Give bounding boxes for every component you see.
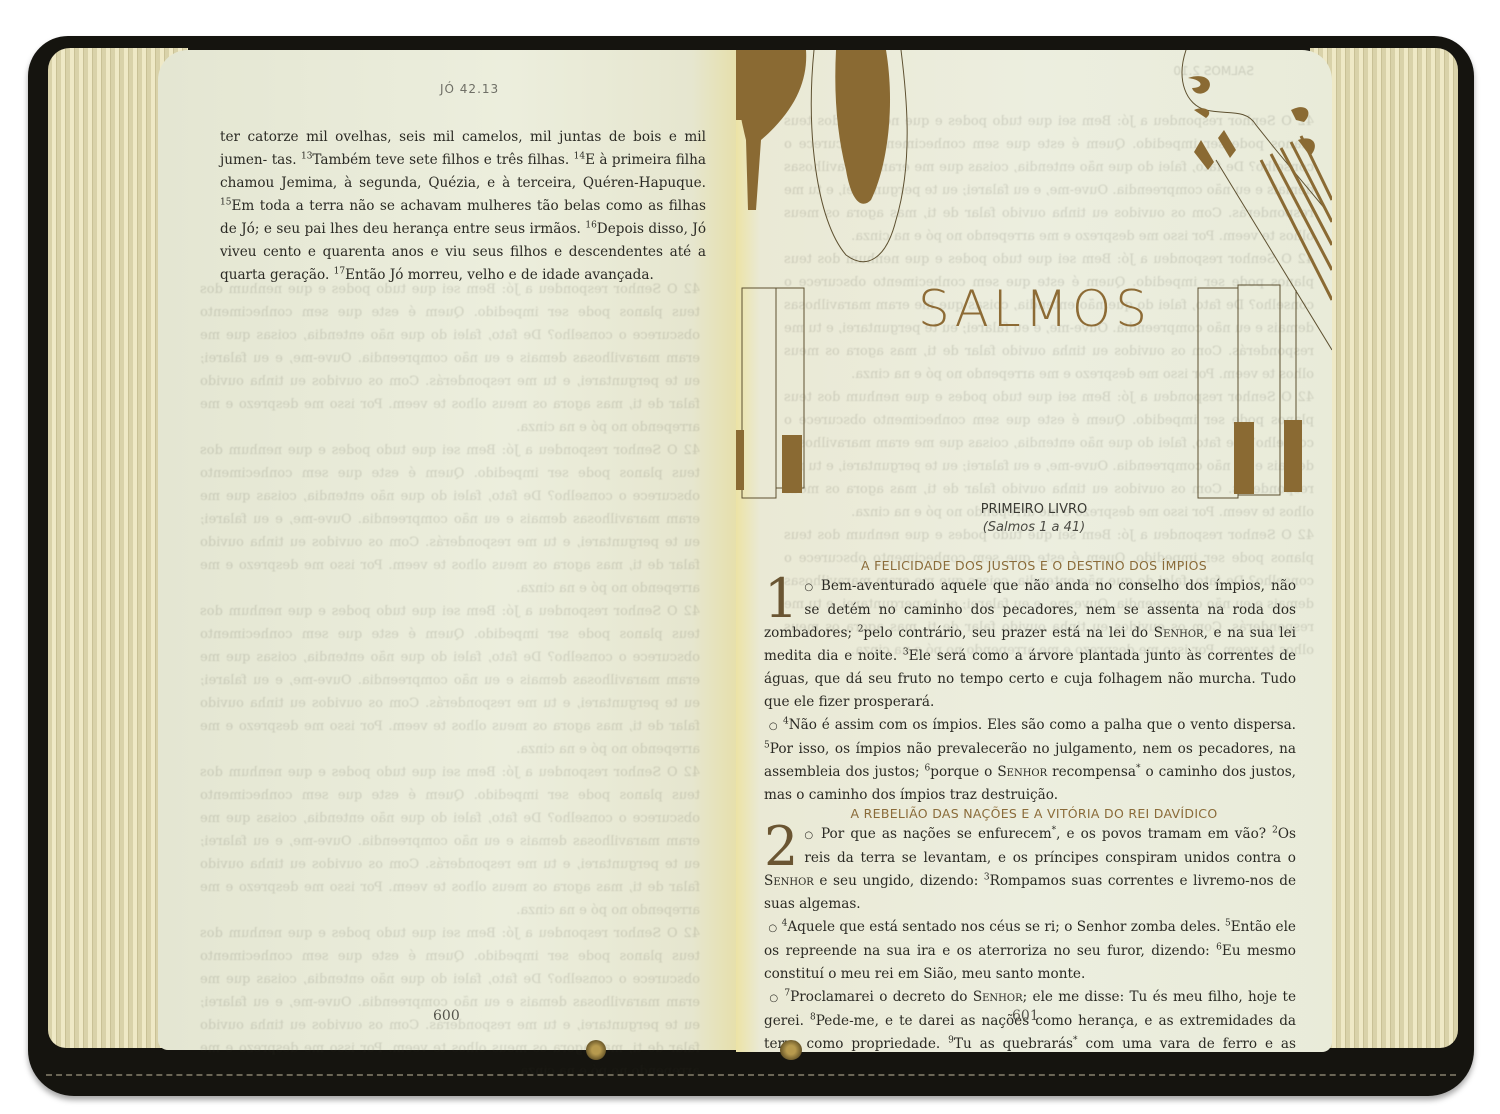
book-title-salmos: SALMOS — [918, 280, 1151, 338]
ribbon-bookmark-end — [586, 1040, 606, 1060]
book-range: (Salmos 1 a 41) — [736, 520, 1332, 535]
psalm-1-heading: A FELICIDADE DOS JUSTOS E O DESTINO DOS … — [736, 558, 1332, 573]
psalm-1-text: 1 ○ Bem-aventurado aquele que não anda n… — [764, 575, 1296, 807]
chapter-number-2: 2 — [764, 825, 798, 869]
right-page: SALMOS 2.10 42 O Senhor respondeu a Jó: … — [736, 50, 1332, 1052]
chapter-number-1: 1 — [764, 577, 798, 621]
ribbon-bookmark-end-2 — [780, 1040, 802, 1060]
job-42-text: ter catorze mil ovelhas, seis mil camelo… — [220, 126, 706, 287]
book-label: PRIMEIRO LIVRO — [736, 502, 1332, 517]
left-page: JÓ 42.13 42 O Senhor respondeu a Jó: Bem… — [158, 50, 738, 1050]
page-number-right: 601 — [1012, 1008, 1039, 1024]
bleed-through-text: 42 O Senhor respondeu a Jó: Bem sei que … — [200, 278, 700, 1083]
psalm-2-heading: A REBELIÃO DAS NAÇÕES E A VITÓRIA DO REI… — [736, 806, 1332, 821]
right-page-edges — [1310, 48, 1458, 1048]
trumpet-bell-icon — [736, 50, 806, 210]
page-number-left: 600 — [433, 1008, 460, 1024]
violin-scroll-icon — [1182, 50, 1332, 220]
running-head-left: JÓ 42.13 — [440, 82, 499, 96]
